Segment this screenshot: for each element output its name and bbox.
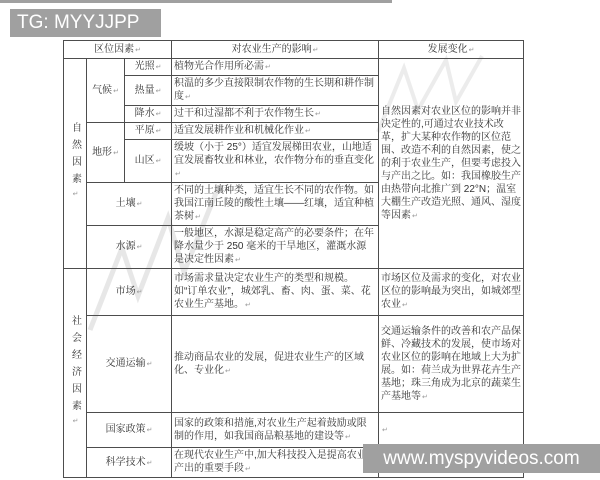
table-header-row: 区位因素 对农业生产的影响 发展变化 <box>64 41 524 59</box>
influence-plain: 适宜发展耕作业和机械化作业 <box>172 123 379 140</box>
document-page: TG: MYYJJPP 区位因素 对农业生产的影响 发展变化 自然因素 气候 光… <box>0 0 600 480</box>
telegram-handle-banner: TG: MYYJJPP <box>10 9 161 37</box>
influence-sunlight: 植物光合作用所必需 <box>172 59 379 76</box>
influence-soil: 不同的土壤种类，适宜生长不同的农作物。如我国江南丘陵的酸性土壤——红壤，适宜种植… <box>172 183 379 226</box>
row-label-heat: 热量 <box>125 76 172 106</box>
category-socioeconomic-factors-label: 社会经济因素 <box>69 315 82 432</box>
row-label-water-source: 水源 <box>87 226 172 269</box>
row-label-precipitation: 降水 <box>125 106 172 123</box>
header-location-factors: 区位因素 <box>64 41 172 59</box>
website-watermark-banner: www.myspyvideos.com <box>363 444 600 473</box>
agriculture-factors-table: 区位因素 对农业生产的影响 发展变化 自然因素 气候 光照 植物光合作用所必需 … <box>63 40 524 478</box>
table-row: 国家政策 国家的政策和措施,对农业生产起着鼓励或限制的作用，如我国商品粮基地的建… <box>64 413 524 448</box>
influence-transportation: 推动商品农业的发展，促进农业生产的区域化、专业化 <box>172 316 379 413</box>
subcategory-climate: 气候 <box>87 59 125 123</box>
category-socioeconomic-factors: 社会经济因素 <box>64 269 87 478</box>
influence-science-technology: 在现代农业生产中,加大科技投入是提高农业产出的重要手段 <box>172 448 379 478</box>
header-development-change: 发展变化 <box>379 41 524 59</box>
change-transportation: 交通运输条件的改善和农产品保鲜、冷藏技术的发展，使市场对农业区位的影响在地域上大… <box>379 316 524 413</box>
influence-water-source: 一般地区，水源是稳定高产的必要条件；在年降水量少于 250 毫米的干旱地区，灌溉… <box>172 226 379 269</box>
influence-market: 市场需求量决定农业生产的类型和规模。如“订单农业”，城郊乳、畜、肉、蛋、菜、花农… <box>172 269 379 316</box>
row-label-mountain: 山区 <box>125 140 172 183</box>
table-row: 交通运输 推动商品农业的发展，促进农业生产的区域化、专业化 交通运输条件的改善和… <box>64 316 524 413</box>
category-natural-factors-label: 自然因素 <box>69 122 82 205</box>
change-national-policy <box>379 413 524 448</box>
top-edge-strip <box>0 0 392 3</box>
row-label-soil: 土壤 <box>87 183 172 226</box>
influence-precipitation: 过干和过湿都不利于农作物生长 <box>172 106 379 123</box>
influence-heat: 积温的多少直接限制农作物的生长期和耕作制度 <box>172 76 379 106</box>
header-influence-on-agriculture: 对农业生产的影响 <box>172 41 379 59</box>
influence-mountain: 缓坡（小于 25°）适宜发展梯田农业，山地适宜发展畜牧业和林业，农作物分布的垂直… <box>172 140 379 183</box>
influence-national-policy: 国家的政策和措施,对农业生产起着鼓励或限制的作用，如我国商品粮基地的建设等 <box>172 413 379 448</box>
row-label-market: 市场 <box>87 269 172 316</box>
row-label-national-policy: 国家政策 <box>87 413 172 448</box>
row-label-plain: 平原 <box>125 123 172 140</box>
row-label-science-technology: 科学技术 <box>87 448 172 478</box>
change-natural-factors: 自然因素对农业区位的影响并非决定性的,可通过农业技术改革，扩大某种农作物的区位范… <box>379 59 524 269</box>
change-market: 市场区位及需求的变化，对农业区位的影响最为突出，如城郊型农业 <box>379 269 524 316</box>
row-label-transportation: 交通运输 <box>87 316 172 413</box>
table-row: 社会经济因素 市场 市场需求量决定农业生产的类型和规模。如“订单农业”，城郊乳、… <box>64 269 524 316</box>
table-row: 自然因素 气候 光照 植物光合作用所必需 自然因素对农业区位的影响并非决定性的,… <box>64 59 524 76</box>
category-natural-factors: 自然因素 <box>64 59 87 269</box>
row-label-sunlight: 光照 <box>125 59 172 76</box>
subcategory-terrain: 地形 <box>87 123 125 183</box>
